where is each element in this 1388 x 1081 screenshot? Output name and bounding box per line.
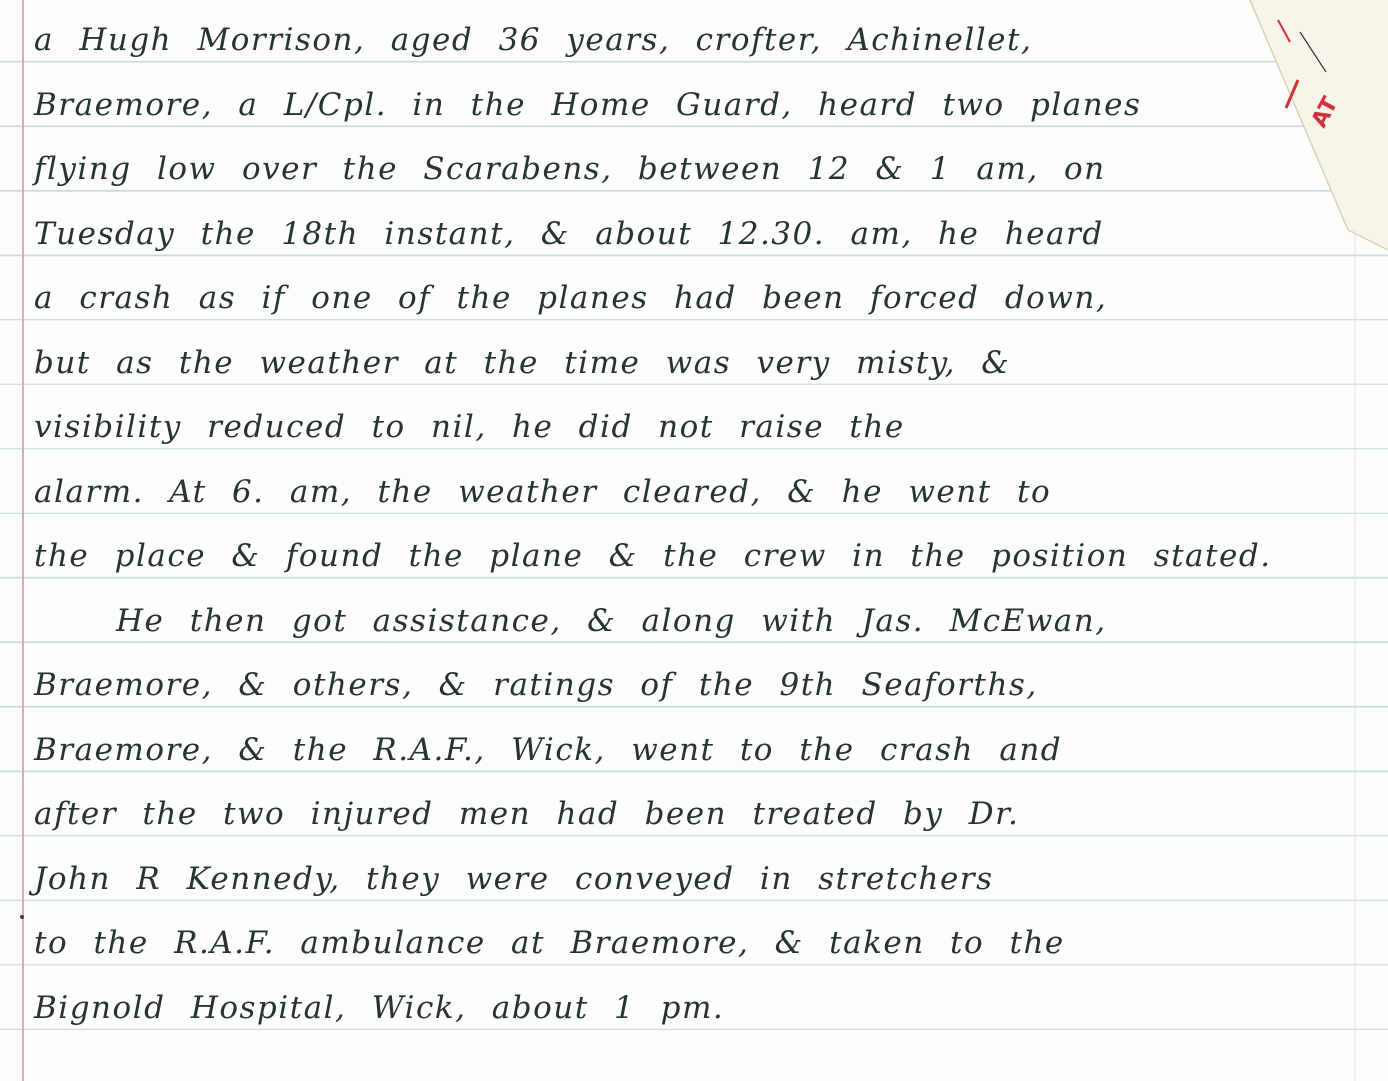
text-line-11: Braemore, & others, & ratings of the 9th… — [34, 653, 1328, 718]
text-line-5: a crash as if one of the planes had been… — [34, 266, 1328, 331]
text-line-10: He then got assistance, & along with Jas… — [34, 589, 1328, 654]
text-line-13: after the two injured men had been treat… — [34, 782, 1328, 847]
text-line-14: John R Kennedy, they were conveyed in st… — [34, 847, 1328, 912]
text-line-16: Bignold Hospital, Wick, about 1 pm. — [34, 976, 1328, 1041]
ink-dot — [20, 915, 24, 919]
text-line-12: Braemore, & the R.A.F., Wick, went to th… — [34, 718, 1328, 783]
text-line-9: the place & found the plane & the crew i… — [34, 524, 1328, 589]
text-line-6: but as the weather at the time was very … — [34, 331, 1328, 396]
text-line-7: visibility reduced to nil, he did not ra… — [34, 395, 1328, 460]
text-line-8: alarm. At 6. am, the weather cleared, & … — [34, 460, 1328, 525]
text-line-2: Braemore, a L/Cpl. in the Home Guard, he… — [34, 73, 1328, 138]
text-line-3: flying low over the Scarabens, between 1… — [34, 137, 1328, 202]
text-line-15: to the R.A.F. ambulance at Braemore, & t… — [34, 911, 1328, 976]
ruled-paper-page: AT a Hugh Morrison, aged 36 years, croft… — [0, 0, 1388, 1081]
text-line-1: a Hugh Morrison, aged 36 years, crofter,… — [34, 8, 1328, 73]
text-line-4: Tuesday the 18th instant, & about 12.30.… — [34, 202, 1328, 267]
handwritten-text-body: a Hugh Morrison, aged 36 years, crofter,… — [34, 8, 1328, 1040]
